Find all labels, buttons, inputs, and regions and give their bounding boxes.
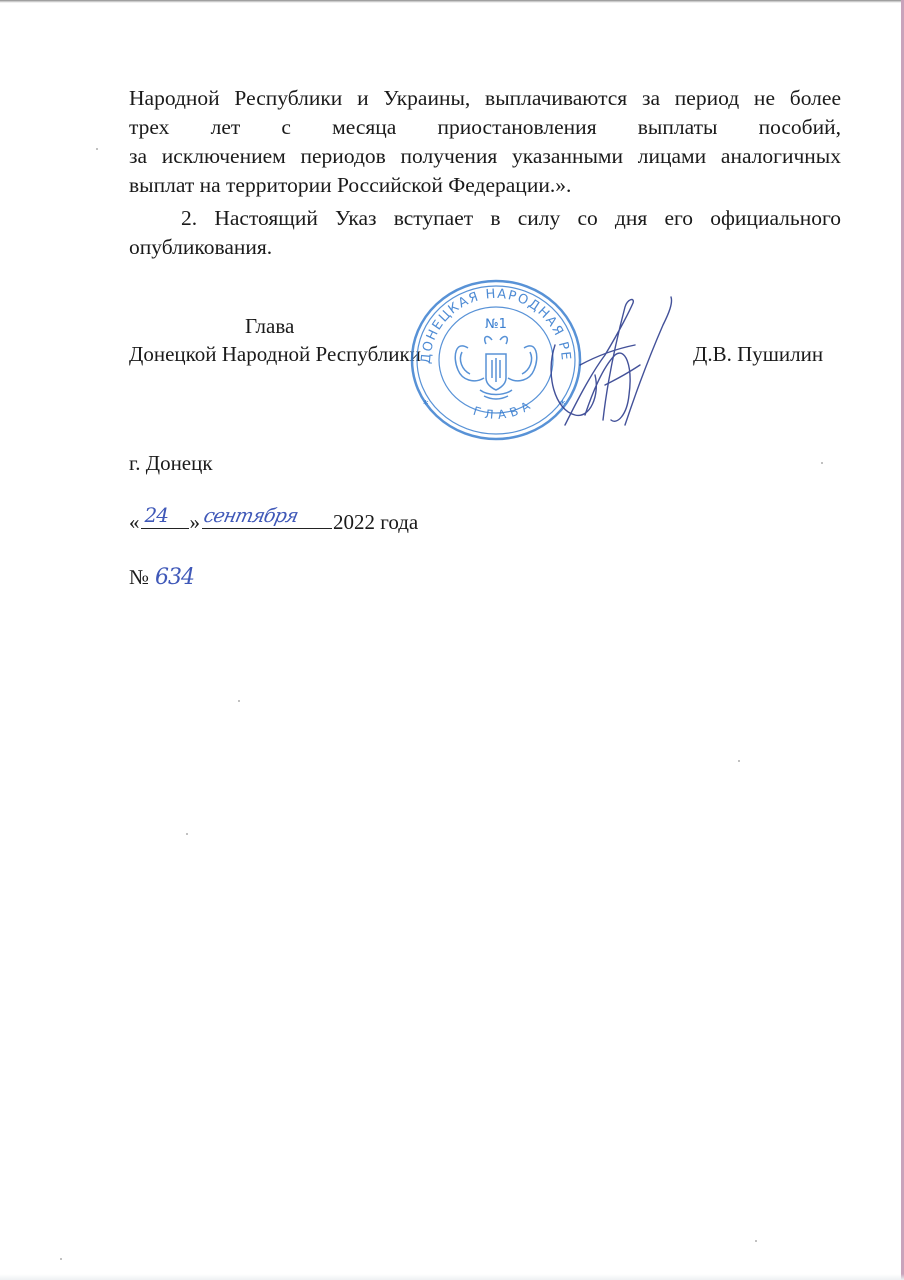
page-bottom-edge (0, 1274, 904, 1280)
signatory-title: Глава (245, 314, 294, 339)
handwritten-number: 634 (155, 565, 194, 590)
scan-speck (755, 1240, 757, 1242)
document-number: № 634 (129, 565, 194, 590)
scan-speck (238, 700, 240, 702)
city: г. Донецк (129, 451, 213, 476)
svg-text:ГЛАВА: ГЛАВА (471, 396, 536, 422)
day-field: 24 (141, 508, 189, 529)
page-top-edge (0, 0, 904, 3)
signatory-organization: Донецкой Народной Республики (129, 342, 421, 367)
svg-text:*: * (423, 398, 429, 411)
month-field: сентября (202, 508, 332, 529)
scan-speck (186, 833, 188, 835)
handwritten-signature-icon (545, 285, 675, 435)
text-line: за исключением периодов получения указан… (129, 142, 841, 171)
close-quote: » (190, 510, 201, 535)
paragraph-continuation: Народной Республики и Украины, выплачива… (129, 84, 841, 200)
open-quote: « (129, 510, 140, 535)
handwritten-day: 24 (145, 503, 168, 527)
text-line: опубликования. (129, 233, 841, 262)
text-line: трех лет с месяца приостановления выплат… (129, 113, 841, 142)
text-line: выплат на территории Российской Федераци… (129, 171, 841, 200)
paragraph-effective-date: 2. Настоящий Указ вступает в силу со дня… (129, 204, 841, 262)
text-line: Народной Республики и Украины, выплачива… (129, 84, 841, 113)
svg-text:№1: №1 (485, 317, 507, 332)
document-date: « 24 » сентября 2022 года (129, 508, 418, 535)
scan-speck (96, 148, 98, 150)
signatory-name: Д.В. Пушилин (693, 342, 823, 367)
number-label: № (129, 565, 149, 590)
year-text: 2022 года (333, 510, 418, 535)
scan-speck (60, 1258, 62, 1260)
scan-speck (821, 462, 823, 464)
scan-speck (738, 760, 740, 762)
text-line: 2. Настоящий Указ вступает в силу со дня… (129, 204, 841, 233)
handwritten-month: сентября (202, 505, 300, 527)
